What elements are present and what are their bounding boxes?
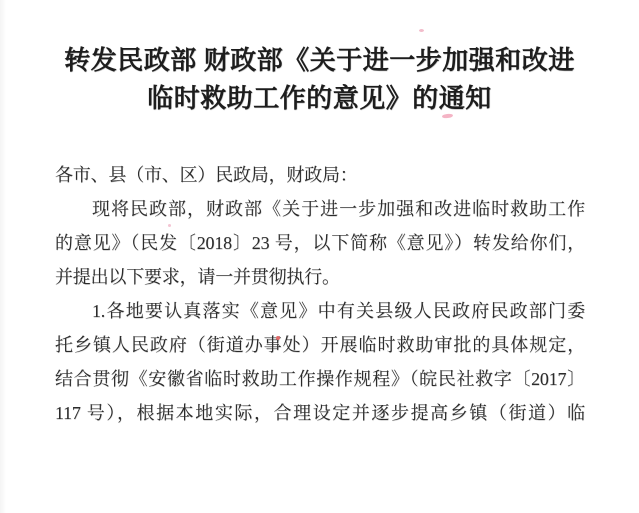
body-line: 1.各地要认真落实《意见》中有关县级人民政府民政部门委	[55, 294, 585, 328]
document-title: 转发民政部 财政部《关于进一步加强和改进 临时救助工作的意见》的通知	[0, 42, 639, 118]
body-line: 并提出以下要求，请一并贯彻执行。	[55, 260, 585, 294]
body-line: 结合贯彻《安徽省临时救助工作操作规程》（皖民社救字〔2017〕	[55, 362, 585, 396]
body-line: 托乡镇人民政府（街道办事处）开展临时救助审批的具体规定，	[55, 328, 585, 362]
salutation-line: 各市、县（市、区）民政局，财政局：	[55, 158, 585, 192]
body-line: 现将民政部，财政部《关于进一步加强和改进临时救助工作	[55, 192, 585, 226]
document-title-line-1: 转发民政部 财政部《关于进一步加强和改进	[0, 42, 639, 80]
document-title-line-2: 临时救助工作的意见》的通知	[0, 80, 639, 118]
body-line: 的意见》（民发〔2018〕23 号，以下简称《意见》）转发给你们，	[55, 226, 585, 260]
scan-speck	[419, 29, 424, 32]
document-body: 各市、县（市、区）民政局，财政局： 现将民政部，财政部《关于进一步加强和改进临时…	[55, 158, 585, 430]
body-line: 117 号），根据本地实际，合理设定并逐步提高乡镇（街道）临	[55, 396, 585, 430]
scanned-document-page: 转发民政部 财政部《关于进一步加强和改进 临时救助工作的意见》的通知 各市、县（…	[0, 0, 639, 513]
